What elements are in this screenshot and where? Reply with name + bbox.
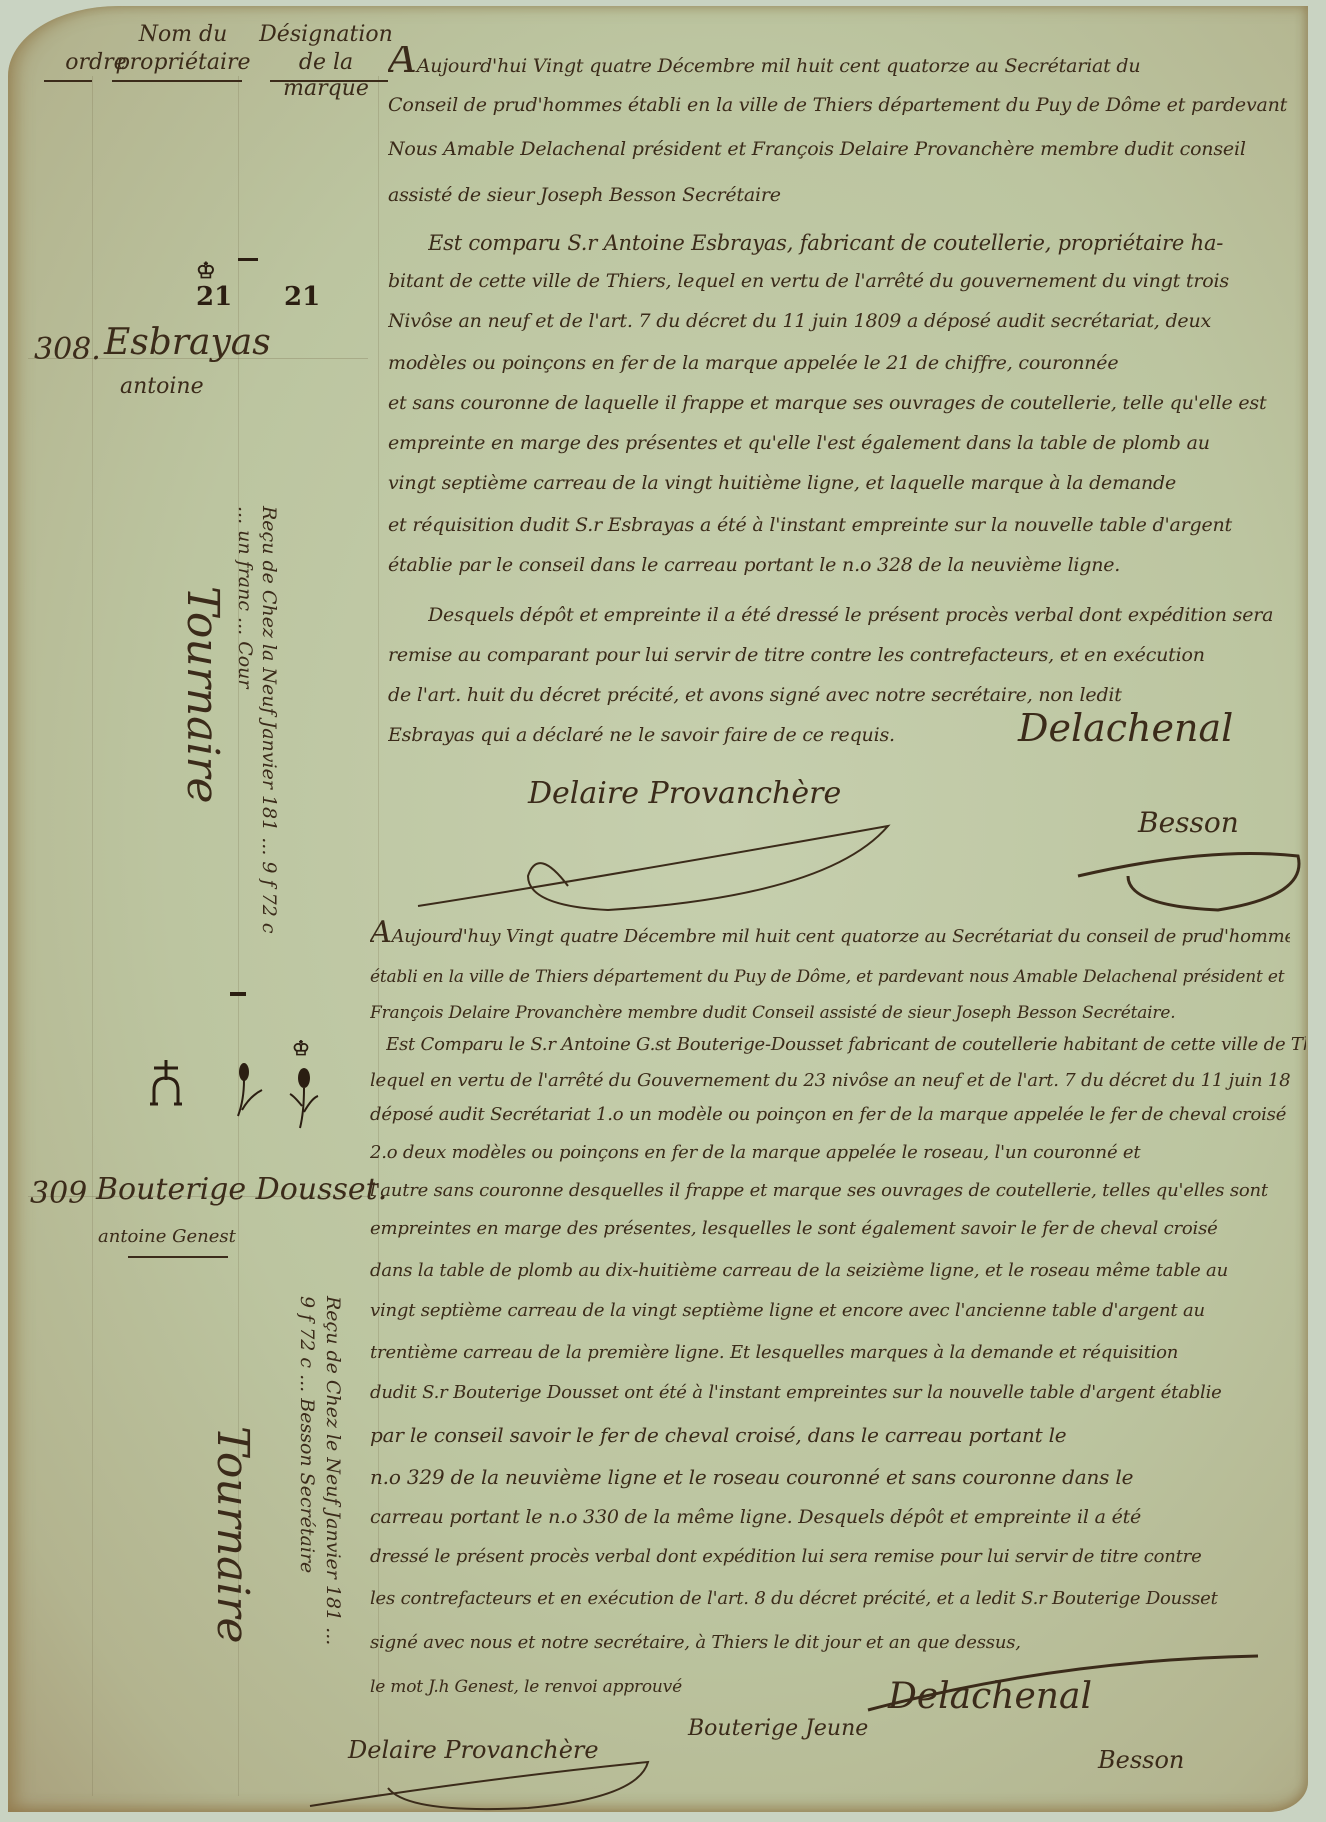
- crown-icon: ♔: [292, 1036, 310, 1060]
- dash-mark: [238, 258, 258, 261]
- separator-dash: [230, 992, 246, 996]
- text-line: l'autre sans couronne desquelles il frap…: [370, 1178, 1290, 1204]
- text-line: dudit S.r Bouterige Dousset ont été à l'…: [370, 1380, 1290, 1406]
- margin-note: Reçu de Chez le Neuf Janvier 181 ...: [322, 1296, 344, 1645]
- text-line: Conseil de prud'hommes établi en la vill…: [388, 92, 1308, 118]
- text-line: déposé audit Secrétariat 1.o un modèle o…: [370, 1102, 1290, 1128]
- text-line: 2.o deux modèles ou poinçons en fer de l…: [370, 1140, 1290, 1166]
- margin-note: ... un franc ... Cour: [234, 506, 256, 689]
- signature-bouterige: Bouterige Jeune: [688, 1716, 868, 1741]
- margin-signature: Tournaire: [207, 1426, 258, 1644]
- signature-flourish: [308, 1748, 668, 1818]
- text-line: AAujourd'hui Vingt quatre Décembre mil h…: [388, 46, 1308, 79]
- signature-flourish: [1068, 826, 1308, 916]
- header-owner-line2: propriétaire: [108, 50, 258, 76]
- text-line: François Delaire Provanchère membre dudi…: [370, 1000, 1290, 1026]
- manuscript-page: ordre Nom du propriétaire Désignation de…: [8, 6, 1308, 1812]
- text-line: Desquels dépôt et empreinte il a été dre…: [428, 602, 1326, 628]
- signature-flourish: [858, 1650, 1268, 1720]
- text-line: bitant de cette ville de Thiers, lequel …: [388, 268, 1308, 294]
- text-line: dressé le présent procès verbal dont exp…: [370, 1544, 1290, 1570]
- reed-icon: [230, 1060, 264, 1120]
- name-underline: [128, 1256, 228, 1258]
- text-line: empreinte en marge des présentes et qu'e…: [388, 430, 1308, 456]
- header-underline: [44, 80, 92, 82]
- text-line: lequel en vertu de l'arrêté du Gouvernem…: [370, 1068, 1290, 1094]
- text-line: le mot J.h Genest, le renvoi approuvé: [370, 1674, 810, 1700]
- header-underline: [270, 80, 388, 82]
- text-line: carreau portant le n.o 330 de la même li…: [370, 1504, 1290, 1530]
- text-line: de l'art. huit du décret précité, et avo…: [388, 682, 1308, 708]
- text-line: dans la table de plomb au dix-huitième c…: [370, 1258, 1290, 1284]
- text-line: remise au comparant pour lui servir de t…: [388, 642, 1308, 668]
- text-line: modèles ou poinçons en fer de la marque …: [388, 350, 1308, 376]
- header-owner-line1: Nom du: [108, 22, 258, 48]
- crown-icon: ♔: [196, 258, 216, 284]
- header-mark-line2: de la marque: [256, 50, 396, 102]
- text-line: Est comparu S.r Antoine Esbrayas, fabric…: [428, 230, 1326, 256]
- entry-number: 308.: [34, 332, 101, 367]
- signature-besson: Besson: [1098, 1746, 1184, 1774]
- text-line: vingt septième carreau de la vingt huiti…: [388, 470, 1308, 496]
- mark-21-plain: 21: [284, 282, 320, 312]
- text-line: Est Comparu le S.r Antoine G.st Bouterig…: [386, 1032, 1306, 1058]
- owner-surname: Bouterige Dousset.: [96, 1172, 387, 1207]
- entry-number: 309: [30, 1176, 87, 1211]
- text-line: vingt septième carreau de la vingt septi…: [370, 1298, 1290, 1324]
- margin-note: Reçu de Chez la Neuf Janvier 181 ... 9 f…: [258, 506, 280, 933]
- margin-signature: Tournaire: [177, 586, 228, 804]
- text-line: établi en la ville de Thiers département…: [370, 964, 1290, 990]
- signature-delachenal: Delachenal: [1018, 706, 1233, 750]
- text-line: n.o 329 de la neuvième ligne et le rosea…: [370, 1464, 1290, 1490]
- text-line: assisté de sieur Joseph Besson Secrétair…: [388, 182, 1308, 208]
- header-mark-line1: Désignation: [256, 22, 396, 48]
- horseshoe-cross-icon: [148, 1058, 184, 1108]
- text-line: par le conseil savoir le fer de cheval c…: [370, 1422, 1290, 1448]
- text-line: établie par le conseil dans le carreau p…: [388, 552, 1308, 578]
- crowned-reed-icon: [288, 1066, 322, 1132]
- signature-flourish: [408, 806, 928, 916]
- owner-surname: Esbrayas: [104, 322, 271, 363]
- text-line: empreintes en marge des présentes, lesqu…: [370, 1216, 1290, 1242]
- text-line: et sans couronne de laquelle il frappe e…: [388, 390, 1308, 416]
- text-line: les contrefacteurs et en exécution de l'…: [370, 1586, 1290, 1612]
- margin-note: 9 f 72 c ... Besson Secrétaire: [296, 1296, 318, 1573]
- text-line: Esbrayas qui a déclaré ne le savoir fair…: [388, 722, 948, 748]
- text-line: AAujourd'huy Vingt quatre Décembre mil h…: [370, 920, 1290, 950]
- text-line: et réquisition dudit S.r Esbrayas a été …: [388, 512, 1308, 538]
- text-line: trentième carreau de la première ligne. …: [370, 1340, 1290, 1366]
- text-line: Nivôse an neuf et de l'art. 7 du décret …: [388, 308, 1308, 334]
- owner-given-name: antoine Genest: [98, 1226, 236, 1247]
- text-line: Nous Amable Delachenal président et Fran…: [388, 136, 1308, 162]
- header-underline: [112, 80, 242, 82]
- owner-given-name: antoine: [120, 374, 204, 399]
- mark-21-crowned: 21: [196, 282, 232, 312]
